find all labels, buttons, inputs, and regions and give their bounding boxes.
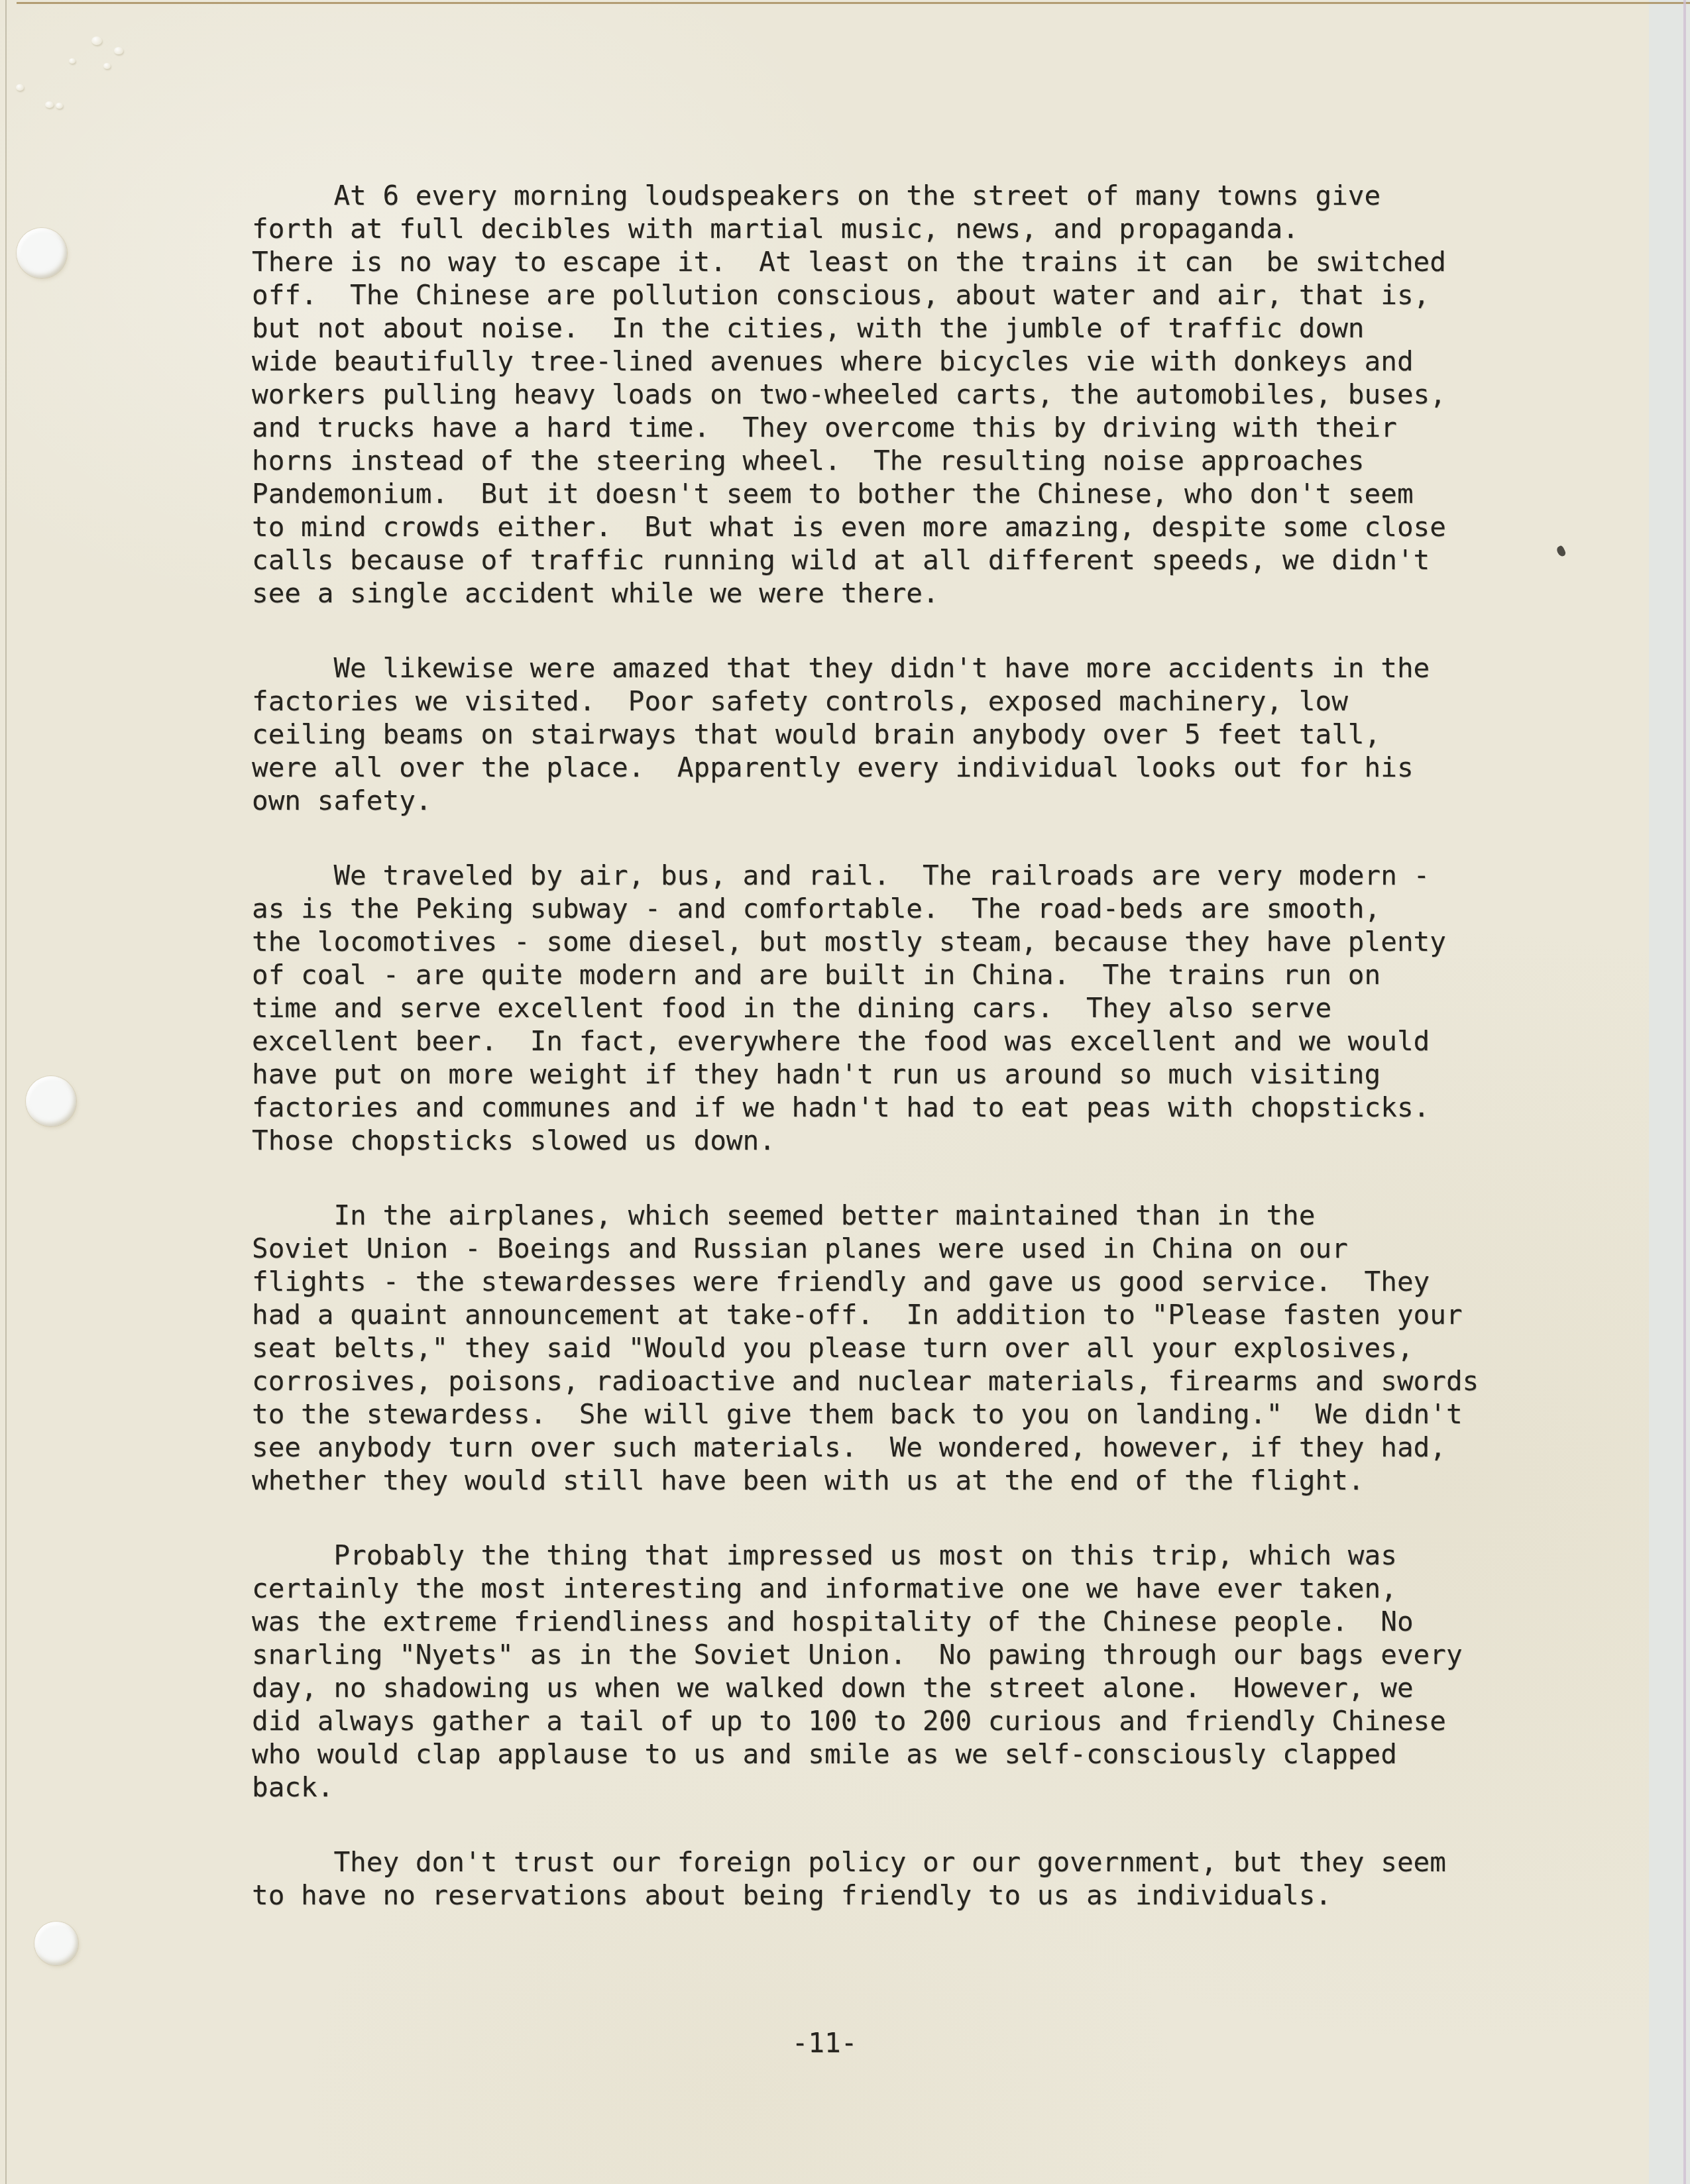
- scan-background-line: [1683, 0, 1686, 2184]
- scan-top-edge-line: [17, 2, 1690, 4]
- hole-punch-bottom: [34, 1922, 78, 1965]
- paragraph: At 6 every morning loudspeakers on the s…: [252, 179, 1551, 610]
- paper-dent: [69, 58, 76, 64]
- paper-dent: [56, 103, 63, 109]
- hole-punch-middle: [26, 1076, 76, 1126]
- paragraph: In the airplanes, which seemed better ma…: [252, 1199, 1551, 1497]
- document-body: At 6 every morning loudspeakers on the s…: [252, 179, 1551, 1953]
- page-left-crease: [5, 0, 7, 2184]
- paragraph: They don't trust our foreign policy or o…: [252, 1845, 1551, 1912]
- page-number: -11-: [0, 2026, 1649, 2059]
- paper-dent: [16, 84, 24, 91]
- scanned-page: At 6 every morning loudspeakers on the s…: [0, 0, 1649, 2184]
- paper-dent: [45, 101, 54, 108]
- paragraph: Probably the thing that impressed us mos…: [252, 1539, 1551, 1804]
- paper-dent: [103, 63, 111, 69]
- ink-speck: [1555, 545, 1567, 557]
- hole-punch-top: [17, 228, 67, 278]
- paragraph: We likewise were amazed that they didn't…: [252, 651, 1551, 817]
- paper-dent: [91, 36, 102, 45]
- paragraph: We traveled by air, bus, and rail. The r…: [252, 859, 1551, 1157]
- paper-dent: [114, 47, 123, 54]
